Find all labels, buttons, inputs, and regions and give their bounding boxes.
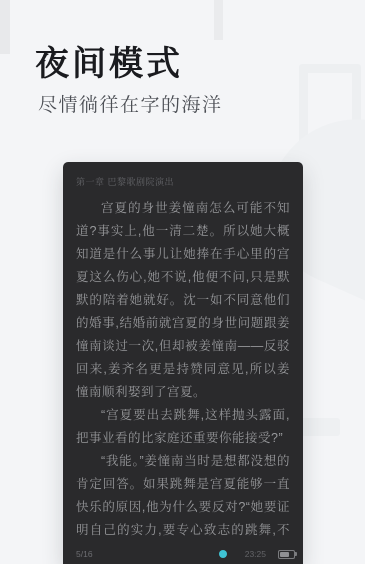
reader-footer: 5/16 23:25 bbox=[76, 549, 295, 559]
battery-icon bbox=[278, 550, 295, 559]
page-title: 夜间模式 bbox=[35, 36, 183, 85]
watermark-left-bar bbox=[0, 0, 10, 54]
reader-paragraph: “我能。”姜憧南当时是想都没想的肯定回答。如果跳舞是宫夏能够一直快乐的原因,他为… bbox=[76, 450, 290, 543]
page-subtitle: 尽情徜徉在字的海洋 bbox=[38, 90, 223, 117]
reader-body-text: 宫夏的身世姜憧南怎么可能不知道?事实上,他一清二楚。所以她大概知道是什么事儿让她… bbox=[76, 197, 290, 543]
watermark-top-bar bbox=[214, 0, 223, 40]
night-mode-reader-preview: 第一章 巴黎歌剧院演出 宫夏的身世姜憧南怎么可能不知道?事实上,他一清二楚。所以… bbox=[63, 162, 303, 564]
battery-nub bbox=[295, 552, 297, 556]
watermark-frame-shape bbox=[299, 64, 361, 148]
onboarding-night-mode-screen: 夜间模式 尽情徜徉在字的海洋 第一章 巴黎歌剧院演出 宫夏的身世姜憧南怎么可能不… bbox=[0, 0, 365, 564]
watermark-footer-shape bbox=[300, 418, 340, 436]
clock-label: 23:25 bbox=[245, 549, 266, 559]
reader-paragraph: 宫夏的身世姜憧南怎么可能不知道?事实上,他一清二楚。所以她大概知道是什么事儿让她… bbox=[76, 197, 290, 404]
reader-paragraph: “宫夏要出去跳舞,这样抛头露面,把事业看的比家庭还重要你能接受?” bbox=[76, 404, 290, 450]
page-progress-label: 5/16 bbox=[76, 549, 93, 559]
chapter-title: 第一章 巴黎歌剧院演出 bbox=[76, 175, 290, 188]
audio-dot-icon bbox=[219, 550, 227, 558]
battery-fill bbox=[280, 552, 289, 557]
